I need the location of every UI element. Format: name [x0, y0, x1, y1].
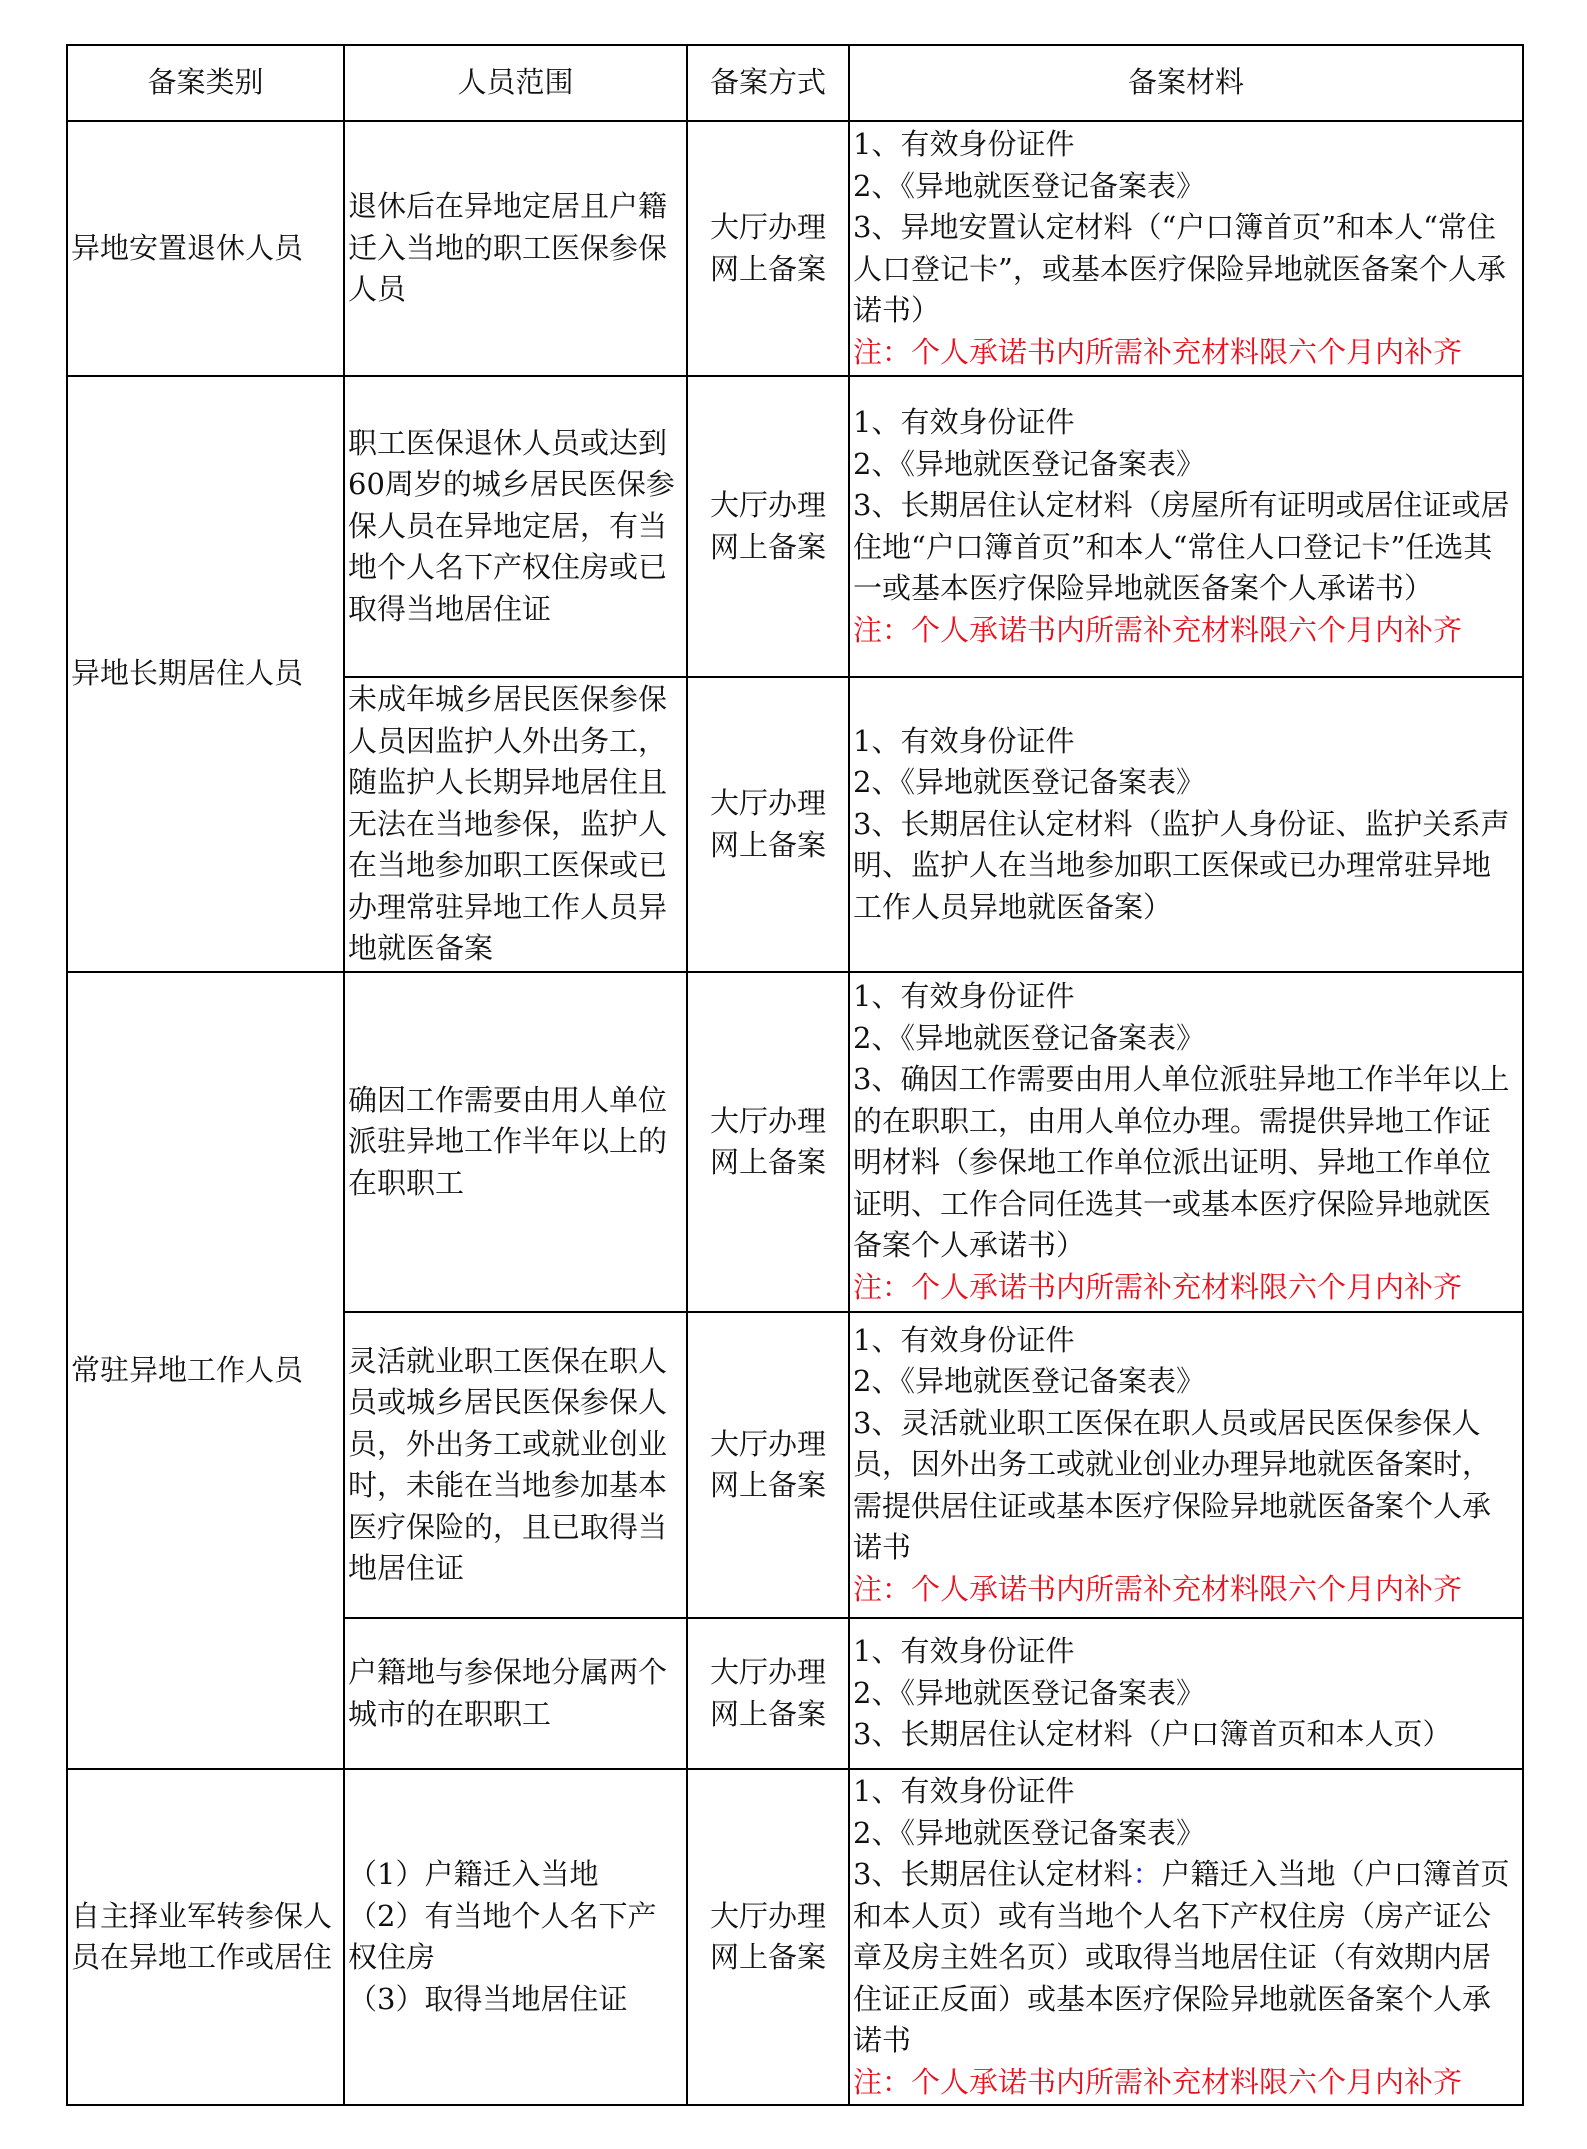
- method-cell: 大厅办理 网上备案: [687, 1618, 849, 1769]
- material-item: 1、有效身份证件: [853, 721, 1519, 763]
- scope-condition: （1）户籍迁入当地: [348, 1854, 683, 1896]
- material-item: 2、《异地就医登记备案表》: [853, 1813, 1519, 1855]
- material-item: 3、长期居住认定材料：户籍迁入当地（户口簿首页和本人页）或有当地个人名下产权住房…: [853, 1854, 1519, 2062]
- method-online: 网上备案: [691, 249, 845, 291]
- scope-cell: 户籍地与参保地分属两个城市的在职职工: [344, 1618, 687, 1769]
- method-hall: 大厅办理: [691, 1101, 845, 1143]
- material-item: 1、有效身份证件: [853, 976, 1519, 1018]
- scope-cell: 确因工作需要由用人单位派驻异地工作半年以上的在职职工: [344, 972, 687, 1312]
- header-materials: 备案材料: [849, 45, 1523, 121]
- materials-cell: 1、有效身份证件 2、《异地就医登记备案表》 3、异地安置认定材料（“户口簿首页…: [849, 121, 1523, 376]
- method-cell: 大厅办理 网上备案: [687, 677, 849, 972]
- method-cell: 大厅办理 网上备案: [687, 972, 849, 1312]
- material-colon: ：: [1132, 1857, 1161, 1891]
- material-item: 3、确因工作需要由用人单位派驻异地工作半年以上的在职职工，由用人单位办理。需提供…: [853, 1059, 1519, 1267]
- scope-cell: 未成年城乡居民医保参保人员因监护人外出务工，随监护人长期异地居住且无法在当地参保…: [344, 677, 687, 972]
- method-hall: 大厅办理: [691, 1896, 845, 1938]
- method-cell: 大厅办理 网上备案: [687, 376, 849, 677]
- method-cell: 大厅办理 网上备案: [687, 1312, 849, 1618]
- material-item: 1、有效身份证件: [853, 124, 1519, 166]
- category-cell: 异地安置退休人员: [67, 121, 344, 376]
- supplement-note: 注：个人承诺书内所需补充材料限六个月内补齐: [853, 1569, 1519, 1611]
- material-item: 1、有效身份证件: [853, 402, 1519, 444]
- method-online: 网上备案: [691, 1465, 845, 1507]
- table-row: 常驻异地工作人员 确因工作需要由用人单位派驻异地工作半年以上的在职职工 大厅办理…: [67, 972, 1523, 1312]
- method-online: 网上备案: [691, 825, 845, 867]
- method-hall: 大厅办理: [691, 783, 845, 825]
- method-online: 网上备案: [691, 1694, 845, 1736]
- material-item: 3、灵活就业职工医保在职人员或居民医保参保人员，因外出务工或就业创业办理异地就医…: [853, 1403, 1519, 1569]
- material-prefix: 3、长期居住认定材料: [853, 1857, 1132, 1891]
- material-item: 1、有效身份证件: [853, 1320, 1519, 1362]
- table-row: 自主择业军转参保人员在异地工作或居住 （1）户籍迁入当地 （2）有当地个人名下产…: [67, 1769, 1523, 2105]
- remote-medical-filing-table: 备案类别 人员范围 备案方式 备案材料 异地安置退休人员 退休后在异地定居且户籍…: [66, 44, 1524, 2106]
- table-row: 异地长期居住人员 职工医保退休人员或达到60周岁的城乡居民医保参保人员在异地定居…: [67, 376, 1523, 677]
- method-hall: 大厅办理: [691, 485, 845, 527]
- material-item: 2、《异地就医登记备案表》: [853, 762, 1519, 804]
- material-item: 3、异地安置认定材料（“户口簿首页”和本人“常住人口登记卡”，或基本医疗保险异地…: [853, 207, 1519, 332]
- method-hall: 大厅办理: [691, 1652, 845, 1694]
- material-item: 3、长期居住认定材料（户口簿首页和本人页）: [853, 1714, 1519, 1756]
- method-cell: 大厅办理 网上备案: [687, 1769, 849, 2105]
- supplement-note: 注：个人承诺书内所需补充材料限六个月内补齐: [853, 610, 1519, 652]
- material-item: 3、长期居住认定材料（监护人身份证、监护关系声明、监护人在当地参加职工医保或已办…: [853, 804, 1519, 929]
- scope-cell: （1）户籍迁入当地 （2）有当地个人名下产权住房 （3）取得当地居住证: [344, 1769, 687, 2105]
- material-item: 2、《异地就医登记备案表》: [853, 444, 1519, 486]
- material-item: 1、有效身份证件: [853, 1631, 1519, 1673]
- material-item: 2、《异地就医登记备案表》: [853, 1673, 1519, 1715]
- header-row: 备案类别 人员范围 备案方式 备案材料: [67, 45, 1523, 121]
- materials-cell: 1、有效身份证件 2、《异地就医登记备案表》 3、长期居住认定材料：户籍迁入当地…: [849, 1769, 1523, 2105]
- supplement-note: 注：个人承诺书内所需补充材料限六个月内补齐: [853, 332, 1519, 374]
- supplement-note: 注：个人承诺书内所需补充材料限六个月内补齐: [853, 2062, 1519, 2104]
- scope-cell: 退休后在异地定居且户籍迁入当地的职工医保参保人员: [344, 121, 687, 376]
- scope-condition: （3）取得当地居住证: [348, 1979, 683, 2021]
- materials-cell: 1、有效身份证件 2、《异地就医登记备案表》 3、长期居住认定材料（户口簿首页和…: [849, 1618, 1523, 1769]
- materials-cell: 1、有效身份证件 2、《异地就医登记备案表》 3、长期居住认定材料（监护人身份证…: [849, 677, 1523, 972]
- header-method: 备案方式: [687, 45, 849, 121]
- category-cell: 常驻异地工作人员: [67, 972, 344, 1769]
- method-online: 网上备案: [691, 1937, 845, 1979]
- materials-cell: 1、有效身份证件 2、《异地就医登记备案表》 3、长期居住认定材料（房屋所有证明…: [849, 376, 1523, 677]
- material-item: 2、《异地就医登记备案表》: [853, 166, 1519, 208]
- header-scope: 人员范围: [344, 45, 687, 121]
- material-item: 1、有效身份证件: [853, 1771, 1519, 1813]
- scope-cell: 职工医保退休人员或达到60周岁的城乡居民医保参保人员在异地定居，有当地个人名下产…: [344, 376, 687, 677]
- material-item: 2、《异地就医登记备案表》: [853, 1018, 1519, 1060]
- supplement-note: 注：个人承诺书内所需补充材料限六个月内补齐: [853, 1267, 1519, 1309]
- header-category: 备案类别: [67, 45, 344, 121]
- method-online: 网上备案: [691, 1142, 845, 1184]
- method-hall: 大厅办理: [691, 1424, 845, 1466]
- method-online: 网上备案: [691, 527, 845, 569]
- scope-condition: （2）有当地个人名下产权住房: [348, 1896, 683, 1979]
- material-item: 3、长期居住认定材料（房屋所有证明或居住证或居住地“户口簿首页”和本人“常住人口…: [853, 485, 1519, 610]
- scope-cell: 灵活就业职工医保在职人员或城乡居民医保参保人员，外出务工或就业创业时，未能在当地…: [344, 1312, 687, 1618]
- method-cell: 大厅办理 网上备案: [687, 121, 849, 376]
- materials-cell: 1、有效身份证件 2、《异地就医登记备案表》 3、确因工作需要由用人单位派驻异地…: [849, 972, 1523, 1312]
- method-hall: 大厅办理: [691, 207, 845, 249]
- materials-cell: 1、有效身份证件 2、《异地就医登记备案表》 3、灵活就业职工医保在职人员或居民…: [849, 1312, 1523, 1618]
- category-cell: 异地长期居住人员: [67, 376, 344, 972]
- material-item: 2、《异地就医登记备案表》: [853, 1361, 1519, 1403]
- category-cell: 自主择业军转参保人员在异地工作或居住: [67, 1769, 344, 2105]
- table-row: 异地安置退休人员 退休后在异地定居且户籍迁入当地的职工医保参保人员 大厅办理 网…: [67, 121, 1523, 376]
